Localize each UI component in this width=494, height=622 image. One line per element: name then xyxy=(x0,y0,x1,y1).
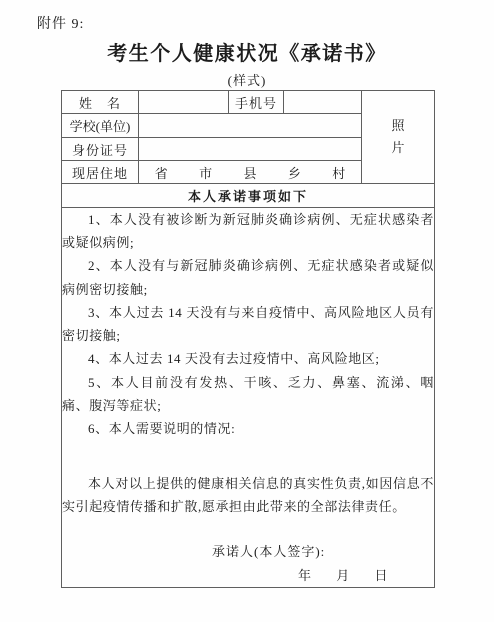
name-value-cell xyxy=(139,91,229,114)
school-value-cell xyxy=(139,114,362,138)
commitment-item-3: 3、本人过去 14 天没有与来自疫情中、高风险地区人员有密切接触; xyxy=(62,301,434,347)
phone-value-cell xyxy=(284,91,362,114)
residence-label: 现居住地 xyxy=(62,161,139,184)
phone-label: 手机号 xyxy=(229,91,284,114)
date-line: 年 月 日 xyxy=(62,564,434,587)
date-day-label: 日 xyxy=(375,564,388,587)
commitment-header: 本人承诺事项如下 xyxy=(62,184,435,208)
row-commitment-header: 本人承诺事项如下 xyxy=(62,184,435,208)
commitment-item-6: 6、本人需要说明的情况: xyxy=(62,417,434,440)
unit-village: 村 xyxy=(332,163,345,182)
commitment-item-5: 5、本人目前没有发热、干咳、乏力、鼻塞、流涕、咽痛、腹泻等症状; xyxy=(62,371,434,417)
id-number-label: 身份证号 xyxy=(62,138,139,161)
photo-placeholder-label: 照 片 xyxy=(362,115,434,159)
page-title: 考生个人健康状况《承诺书》 xyxy=(0,37,494,66)
date-month-label: 月 xyxy=(336,564,349,587)
unit-city: 市 xyxy=(199,163,212,182)
commitment-body: 1、本人没有被诊断为新冠肺炎确诊病例、无症状感染者或疑似病例; 2、本人没有与新… xyxy=(62,208,435,588)
residence-units: 省 市 县 乡 村 xyxy=(139,163,361,182)
health-form-table: 姓 名 手机号 照 片 学校(单位) 身份证号 现居 xyxy=(61,90,435,588)
unit-township: 乡 xyxy=(288,163,301,182)
row-commitment-body: 1、本人没有被诊断为新冠肺炎确诊病例、无症状感染者或疑似病例; 2、本人没有与新… xyxy=(62,208,435,588)
commitment-item-2: 2、本人没有与新冠肺炎确诊病例、无症状感染者或疑似病例密切接触; xyxy=(62,254,434,300)
date-year-label: 年 xyxy=(298,564,311,587)
photo-char-1: 照 xyxy=(391,115,404,137)
page-subtitle: (样式) xyxy=(0,70,494,89)
commitment-item-4: 4、本人过去 14 天没有去过疫情中、高风险地区; xyxy=(62,347,434,370)
document-page: 附件 9: 考生个人健康状况《承诺书》 (样式) 姓 名 手机号 照 片 xyxy=(0,0,494,622)
signature-label: 承诺人(本人签字): xyxy=(62,540,434,563)
residence-value-cell: 省 市 县 乡 村 xyxy=(139,161,362,184)
photo-char-2: 片 xyxy=(391,137,404,159)
name-label: 姓 名 xyxy=(62,91,139,114)
truth-declaration: 本人对以上提供的健康相关信息的真实性负责,如因信息不实引起疫情传播和扩散,愿承担… xyxy=(62,472,434,518)
school-label: 学校(单位) xyxy=(62,114,139,138)
unit-county: 县 xyxy=(243,163,256,182)
photo-box: 照 片 xyxy=(362,91,435,184)
id-number-value-cell xyxy=(139,138,362,161)
commitment-item-1: 1、本人没有被诊断为新冠肺炎确诊病例、无症状感染者或疑似病例; xyxy=(62,208,434,254)
attachment-label: 附件 9: xyxy=(37,13,84,33)
row-name-phone: 姓 名 手机号 照 片 xyxy=(62,91,435,114)
unit-province: 省 xyxy=(155,163,168,182)
